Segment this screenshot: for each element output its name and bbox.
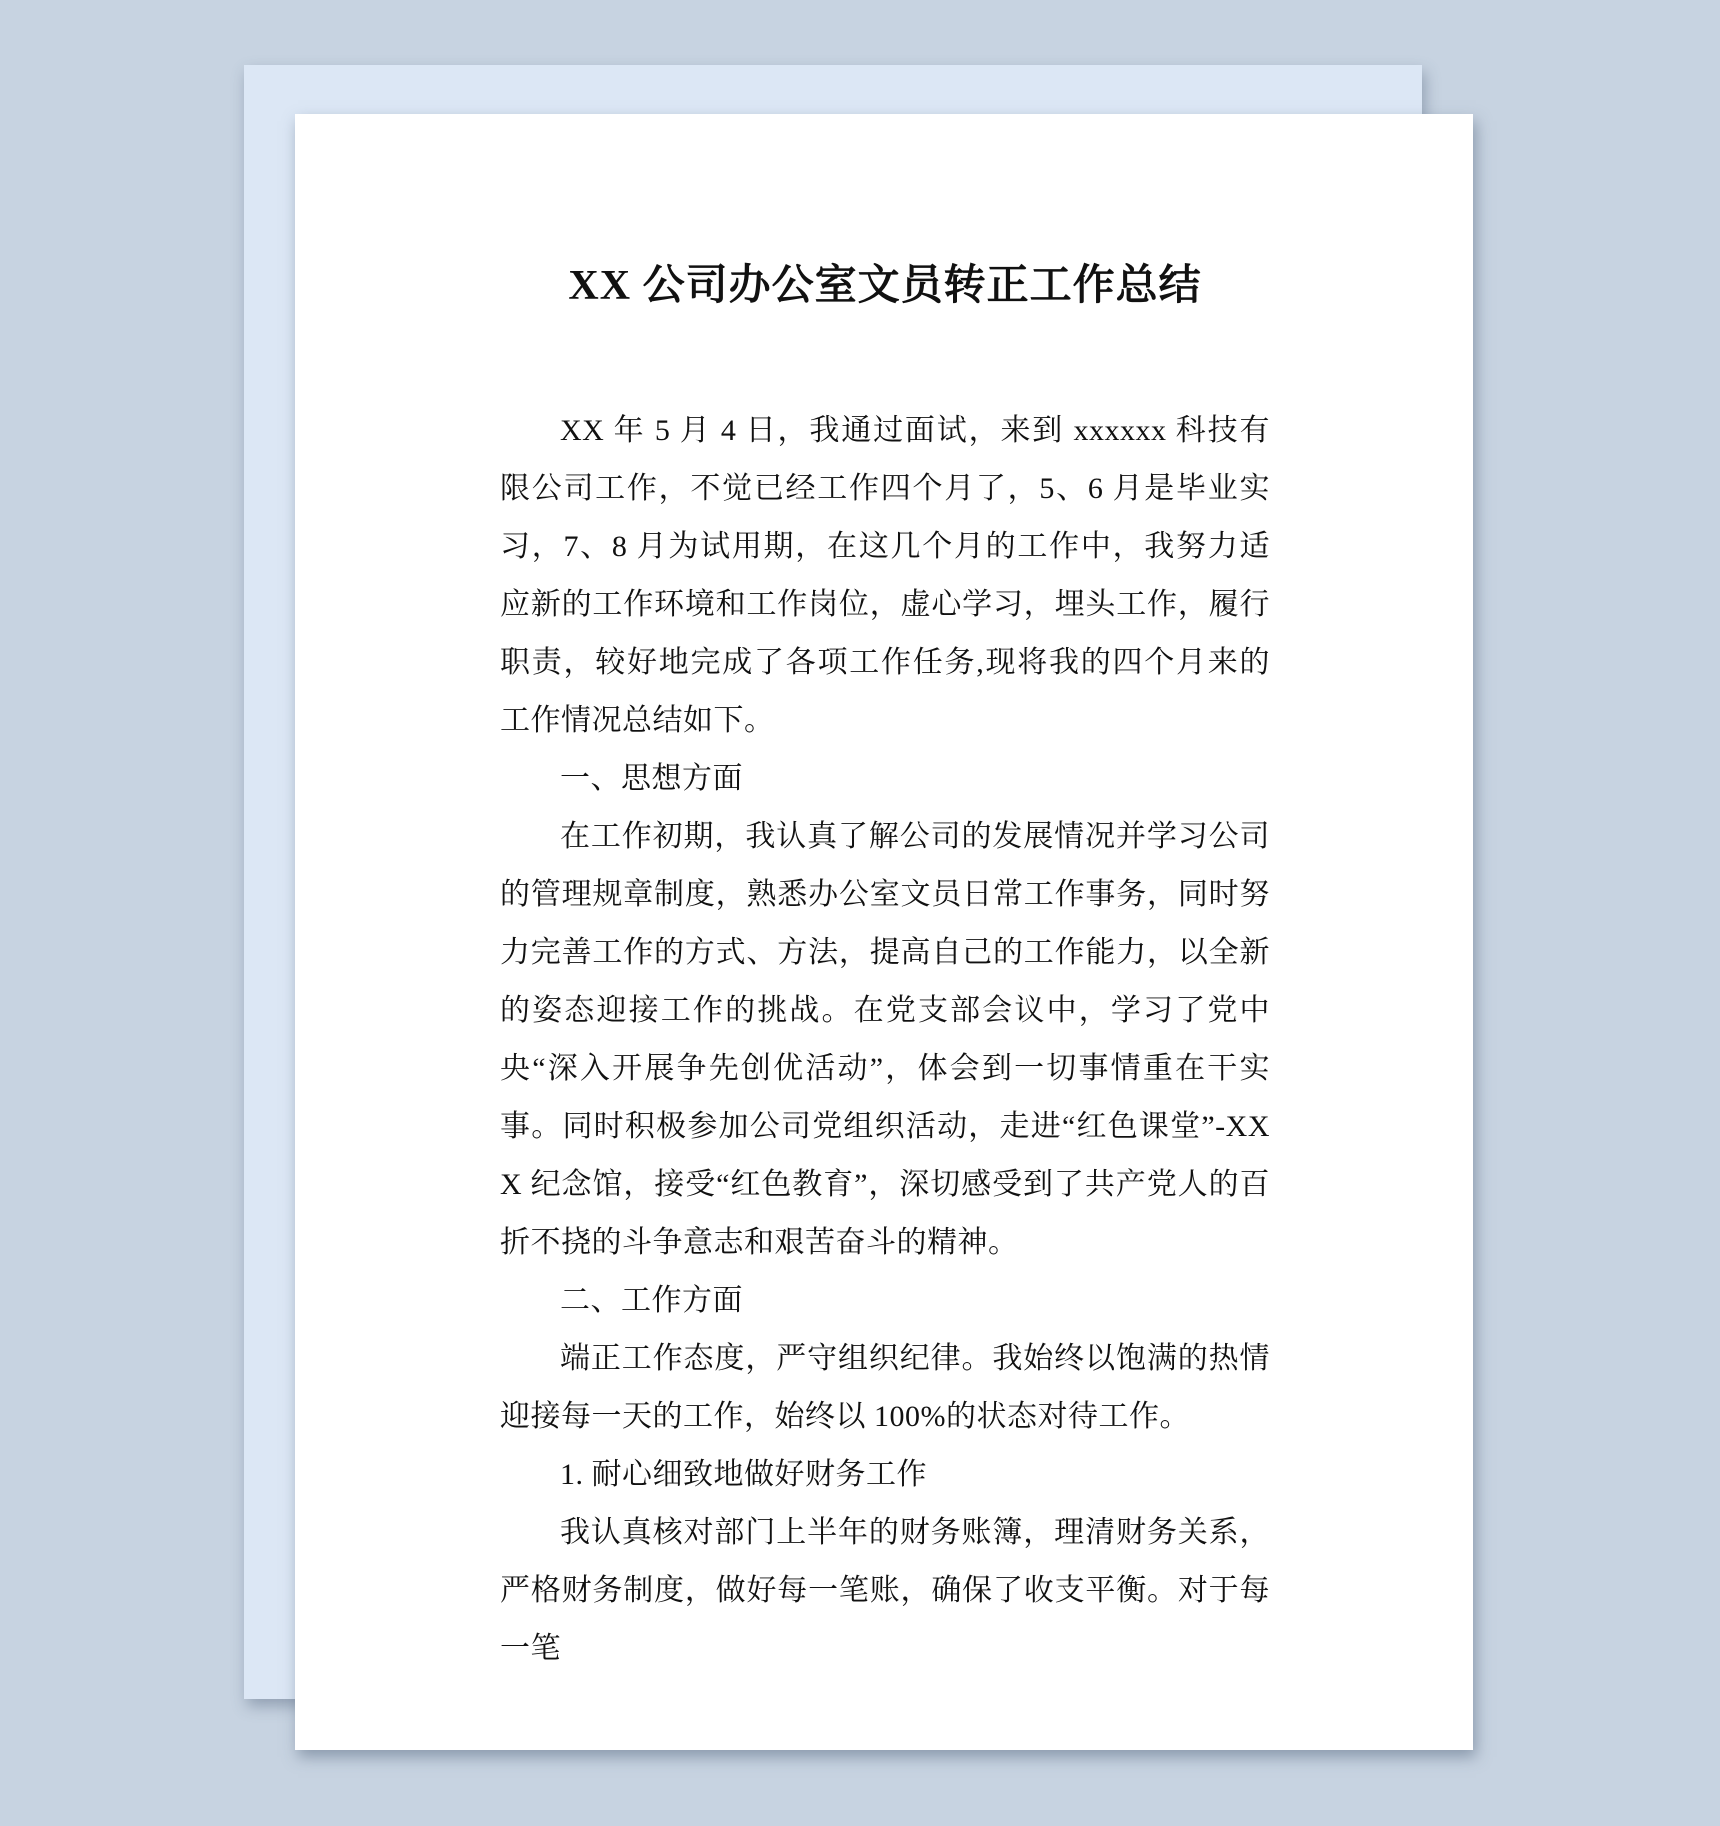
document-title: XX 公司办公室文员转正工作总结: [500, 254, 1270, 318]
paragraph: 我认真核对部门上半年的财务账簿，理清财务关系，严格财务制度，做好每一笔账，确保了…: [500, 1504, 1270, 1678]
canvas-background: XX 公司办公室文员转正工作总结 XX 年 5 月 4 日，我通过面试，来到 x…: [0, 0, 1720, 1826]
document-content: XX 公司办公室文员转正工作总结 XX 年 5 月 4 日，我通过面试，来到 x…: [500, 254, 1270, 1678]
numbered-item: 1. 耐心细致地做好财务工作: [500, 1446, 1270, 1504]
paragraph: 端正工作态度，严守组织纪律。我始终以饱满的热情迎接每一天的工作，始终以 100%…: [500, 1330, 1270, 1446]
section-heading: 二、工作方面: [500, 1272, 1270, 1330]
paragraph: XX 年 5 月 4 日，我通过面试，来到 xxxxxx 科技有限公司工作，不觉…: [500, 402, 1270, 750]
paragraph: 在工作初期，我认真了解公司的发展情况并学习公司的管理规章制度，熟悉办公室文员日常…: [500, 808, 1270, 1272]
document-body: XX 年 5 月 4 日，我通过面试，来到 xxxxxx 科技有限公司工作，不觉…: [500, 402, 1270, 1678]
front-sheet: XX 公司办公室文员转正工作总结 XX 年 5 月 4 日，我通过面试，来到 x…: [295, 114, 1473, 1750]
section-heading: 一、思想方面: [500, 750, 1270, 808]
